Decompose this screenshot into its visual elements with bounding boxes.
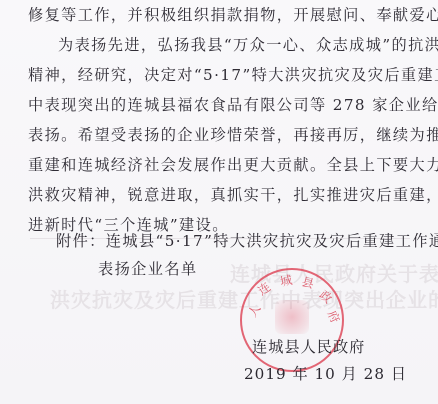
issuer-name: 连城县人民政府 [252,336,365,357]
body-line: 表扬。希望受表扬的企业珍惜荣誉，再接再厉，继续为推动灾后 [28,124,438,145]
body-line: 精神，经研究，决定对“5·17”特大洪灾抗灾及灾后重建工作 [28,64,438,85]
body-line: 为表扬先进，弘扬我县“万众一心、众志成城”的抗洪救灾 [58,34,438,55]
body-line: 修复等工作，并积极组织捐款捐物，开展慰问、奉献爱心。 [28,4,438,25]
body-line: 中表现突出的连城县福农食品有限公司等 278 家企业给予通报 [28,94,438,115]
annex-title: 连城县“5·17”特大洪灾抗灾及灾后重建工作通报 [106,232,438,250]
annex-label: 附件： [56,232,106,250]
annex-line-1: 附件：连城县“5·17”特大洪灾抗灾及灾后重建工作通报 [56,230,438,251]
issue-date: 2019 年 10 月 28 日 [244,363,407,384]
body-line: 洪救灾精神，锐意进取，真抓实干，扎实推进灾后重建，奋力推 [28,184,438,205]
annex-line-2: 表扬企业名单 [98,258,198,279]
seal-emblem-icon [275,300,309,334]
body-line: 重建和连城经济社会发展作出更大贡献。全县上下要大力弘扬抗 [28,154,438,175]
